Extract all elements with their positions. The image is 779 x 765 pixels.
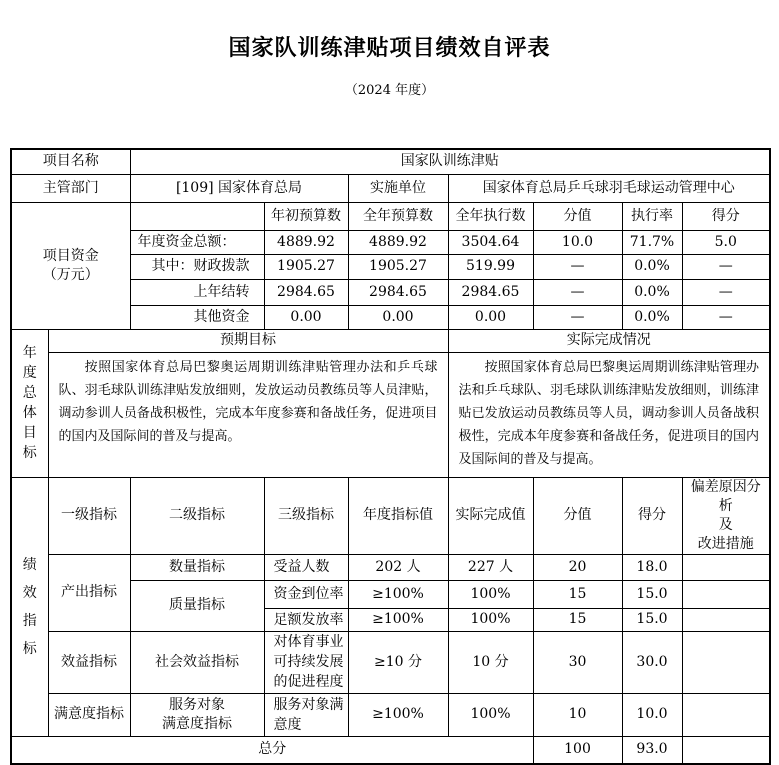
funds-header-blank <box>130 202 264 230</box>
indicator-actual: 10 分 <box>448 631 533 693</box>
impl-unit-label: 实施单位 <box>348 174 448 202</box>
total-weight: 100 <box>533 736 622 764</box>
level1-satisfaction: 满意度指标 <box>48 693 130 736</box>
indicator-header-level2: 二级指标 <box>130 477 264 554</box>
indicator-actual: 100% <box>448 693 533 736</box>
expected-goal-header: 预期目标 <box>48 329 448 352</box>
deviation-cell <box>682 608 770 631</box>
funds-cell-weight: 10.0 <box>533 230 622 254</box>
indicator-weight: 10 <box>533 693 622 736</box>
level1-output: 产出指标 <box>48 554 130 631</box>
actual-completion-text: 按照国家体育总局巴黎奥运周期训练津贴管理办法和乒乓球队、羽毛球队训练津贴发放细则… <box>448 352 770 477</box>
funds-cell-annual: 2984.65 <box>348 279 448 305</box>
funds-cell-rate: 0.0% <box>622 305 682 329</box>
level2-quality: 质量指标 <box>130 580 264 631</box>
level3-label: 足额发放率 <box>264 608 348 631</box>
funds-header-rate: 执行率 <box>622 202 682 230</box>
funds-row-label: 上年结转 <box>130 279 264 305</box>
row-funds-header: 项目资金 （万元） 年初预算数 全年预算数 全年执行数 分值 执行率 得分 <box>11 202 770 230</box>
total-score: 93.0 <box>622 736 682 764</box>
page-subtitle: （2024 年度） <box>0 82 779 99</box>
row-total: 总分 100 93.0 <box>11 736 770 764</box>
indicator-target: ≥100% <box>348 608 448 631</box>
deviation-cell <box>682 554 770 580</box>
dept-value: [109] 国家体育总局 <box>130 174 348 202</box>
funds-cell-rate: 0.0% <box>622 254 682 279</box>
funds-header-score: 得分 <box>682 202 770 230</box>
expected-goal-text: 按照国家体育总局巴黎奥运周期训练津贴管理办法和乒乓球队、羽毛球队训练津贴发放细则… <box>48 352 448 477</box>
indicator-weight: 20 <box>533 554 622 580</box>
indicator-actual: 100% <box>448 580 533 608</box>
funds-header-weight: 分值 <box>533 202 622 230</box>
funds-cell-executed: 3504.64 <box>448 230 533 254</box>
project-name-label: 项目名称 <box>11 149 130 174</box>
indicator-target: ≥10 分 <box>348 631 448 693</box>
indicator-target: 202 人 <box>348 554 448 580</box>
indicator-target: ≥100% <box>348 580 448 608</box>
indicator-score: 15.0 <box>622 608 682 631</box>
funds-cell-initial: 1905.27 <box>264 254 348 279</box>
funds-cell-weight: — <box>533 305 622 329</box>
funds-cell-executed: 0.00 <box>448 305 533 329</box>
indicator-header-score: 得分 <box>622 477 682 554</box>
funds-row-label: 年度资金总额： <box>130 230 264 254</box>
funds-header-executed: 全年执行数 <box>448 202 533 230</box>
indicator-actual: 227 人 <box>448 554 533 580</box>
funds-cell-score: — <box>682 254 770 279</box>
indicator-header-deviation: 偏差原因分析 及 改进措施 <box>682 477 770 554</box>
row-department: 主管部门 [109] 国家体育总局 实施单位 国家体育总局乒乓球羽毛球运动管理中… <box>11 174 770 202</box>
indicator-header-target: 年度指标值 <box>348 477 448 554</box>
indicator-score: 15.0 <box>622 580 682 608</box>
impl-unit-value: 国家体育总局乒乓球羽毛球运动管理中心 <box>448 174 770 202</box>
funds-cell-annual: 0.00 <box>348 305 448 329</box>
level3-label: 受益人数 <box>264 554 348 580</box>
indicator-actual: 100% <box>448 608 533 631</box>
indicator-header-level1: 一级指标 <box>48 477 130 554</box>
funds-cell-rate: 71.7% <box>622 230 682 254</box>
deviation-cell <box>682 736 770 764</box>
funds-cell-annual: 4889.92 <box>348 230 448 254</box>
level2-quantity: 数量指标 <box>130 554 264 580</box>
level2-social: 社会效益指标 <box>130 631 264 693</box>
deviation-cell <box>682 580 770 608</box>
indicator-score: 30.0 <box>622 631 682 693</box>
project-name-value: 国家队训练津贴 <box>130 149 770 174</box>
annual-goal-side-label: 年 度 总 体 目 标 <box>11 329 48 477</box>
row-goal-text: 按照国家体育总局巴黎奥运周期训练津贴管理办法和乒乓球队、羽毛球队训练津贴发放细则… <box>11 352 770 477</box>
row-indicator-header: 绩 效 指 标 一级指标 二级指标 三级指标 年度指标值 实际完成值 分值 得分… <box>11 477 770 554</box>
funds-cell-initial: 0.00 <box>264 305 348 329</box>
performance-side-label: 绩 效 指 标 <box>11 477 48 736</box>
funds-cell-weight: — <box>533 254 622 279</box>
funds-row-label: 其中：财政拨款 <box>130 254 264 279</box>
funds-cell-initial: 4889.92 <box>264 230 348 254</box>
page-title: 国家队训练津贴项目绩效自评表 <box>0 0 779 63</box>
indicator-weight: 30 <box>533 631 622 693</box>
actual-completion-header: 实际完成情况 <box>448 329 770 352</box>
funds-cell-score: 5.0 <box>682 230 770 254</box>
deviation-cell <box>682 631 770 693</box>
funds-cell-executed: 2984.65 <box>448 279 533 305</box>
funds-cell-rate: 0.0% <box>622 279 682 305</box>
indicator-row-beneficiaries: 产出指标 数量指标 受益人数 202 人 227 人 20 18.0 <box>11 554 770 580</box>
funds-row-label: 其他资金 <box>130 305 264 329</box>
level3-label: 对体育事业 可持续发展 的促进程度 <box>264 631 348 693</box>
indicator-header-weight: 分值 <box>533 477 622 554</box>
indicator-row-satisfaction: 满意度指标 服务对象 满意度指标 服务对象满 意度 ≥100% 100% 10 … <box>11 693 770 736</box>
funds-cell-annual: 1905.27 <box>348 254 448 279</box>
funds-cell-score: — <box>682 279 770 305</box>
indicator-target: ≥100% <box>348 693 448 736</box>
indicator-weight: 15 <box>533 608 622 631</box>
level3-label: 资金到位率 <box>264 580 348 608</box>
indicator-header-level3: 三级指标 <box>264 477 348 554</box>
funds-header-initial: 年初预算数 <box>264 202 348 230</box>
level1-benefit: 效益指标 <box>48 631 130 693</box>
funds-cell-weight: — <box>533 279 622 305</box>
performance-table: 项目名称 国家队训练津贴 主管部门 [109] 国家体育总局 实施单位 国家体育… <box>10 148 771 765</box>
dept-label: 主管部门 <box>11 174 130 202</box>
indicator-score: 10.0 <box>622 693 682 736</box>
indicator-score: 18.0 <box>622 554 682 580</box>
level2-service: 服务对象 满意度指标 <box>130 693 264 736</box>
funds-cell-executed: 519.99 <box>448 254 533 279</box>
funds-side-label: 项目资金 （万元） <box>11 202 130 329</box>
level3-label: 服务对象满 意度 <box>264 693 348 736</box>
row-project-name: 项目名称 国家队训练津贴 <box>11 149 770 174</box>
total-label: 总分 <box>11 736 533 764</box>
funds-header-annual: 全年预算数 <box>348 202 448 230</box>
deviation-cell <box>682 693 770 736</box>
row-goal-header: 年 度 总 体 目 标 预期目标 实际完成情况 <box>11 329 770 352</box>
funds-cell-score: — <box>682 305 770 329</box>
funds-cell-initial: 2984.65 <box>264 279 348 305</box>
indicator-header-actual: 实际完成值 <box>448 477 533 554</box>
indicator-row-social-benefit: 效益指标 社会效益指标 对体育事业 可持续发展 的促进程度 ≥10 分 10 分… <box>11 631 770 693</box>
indicator-weight: 15 <box>533 580 622 608</box>
